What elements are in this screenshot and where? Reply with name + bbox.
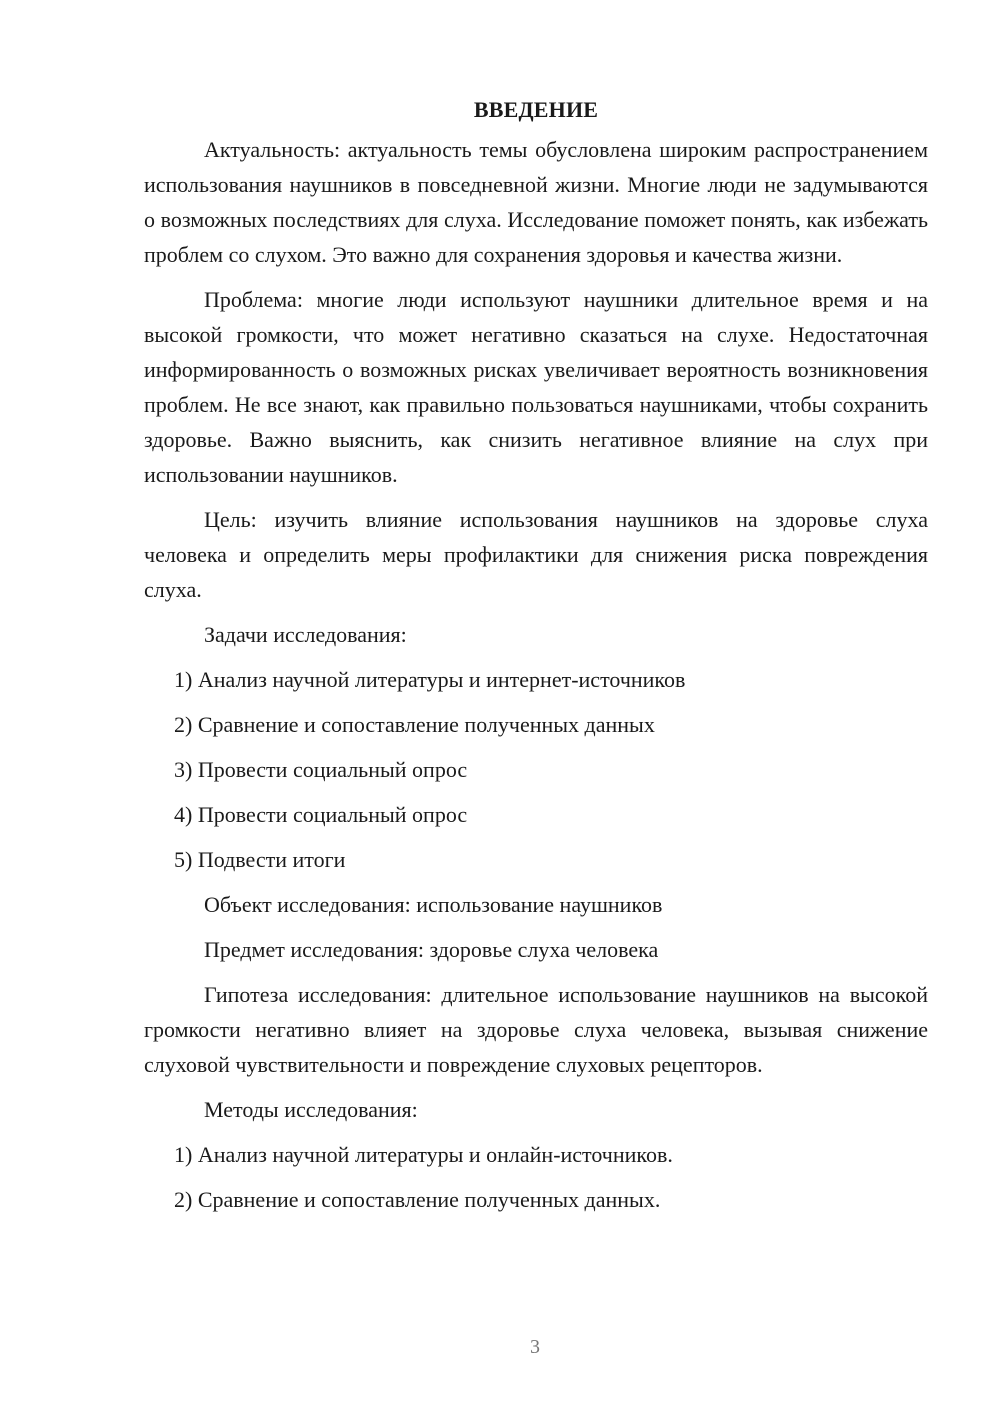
list-item: 3) Провести социальный опрос bbox=[144, 752, 928, 787]
problem-paragraph: Проблема: многие люди используют наушник… bbox=[144, 282, 928, 492]
tasks-heading: Задачи исследования: bbox=[144, 617, 928, 652]
list-item: 2) Сравнение и сопоставление полученных … bbox=[144, 1182, 928, 1217]
list-item: 5) Подвести итоги bbox=[144, 842, 928, 877]
goal-paragraph: Цель: изучить влияние использования науш… bbox=[144, 502, 928, 607]
relevance-paragraph: Актуальность: актуальность темы обусловл… bbox=[144, 132, 928, 272]
document-page: ВВЕДЕНИЕ Актуальность: актуальность темы… bbox=[144, 96, 928, 1227]
hypothesis-paragraph: Гипотеза исследования: длительное исполь… bbox=[144, 977, 928, 1082]
list-item: 1) Анализ научной литературы и онлайн-ис… bbox=[144, 1137, 928, 1172]
subject-line: Предмет исследования: здоровье слуха чел… bbox=[144, 932, 928, 967]
page-number: 3 bbox=[0, 1336, 1000, 1359]
list-item: 2) Сравнение и сопоставление полученных … bbox=[144, 707, 928, 742]
methods-heading: Методы исследования: bbox=[144, 1092, 928, 1127]
list-item: 1) Анализ научной литературы и интернет-… bbox=[144, 662, 928, 697]
tasks-list: 1) Анализ научной литературы и интернет-… bbox=[144, 662, 928, 877]
section-title: ВВЕДЕНИЕ bbox=[144, 96, 928, 124]
methods-list: 1) Анализ научной литературы и онлайн-ис… bbox=[144, 1137, 928, 1217]
list-item: 4) Провести социальный опрос bbox=[144, 797, 928, 832]
object-line: Объект исследования: использование наушн… bbox=[144, 887, 928, 922]
